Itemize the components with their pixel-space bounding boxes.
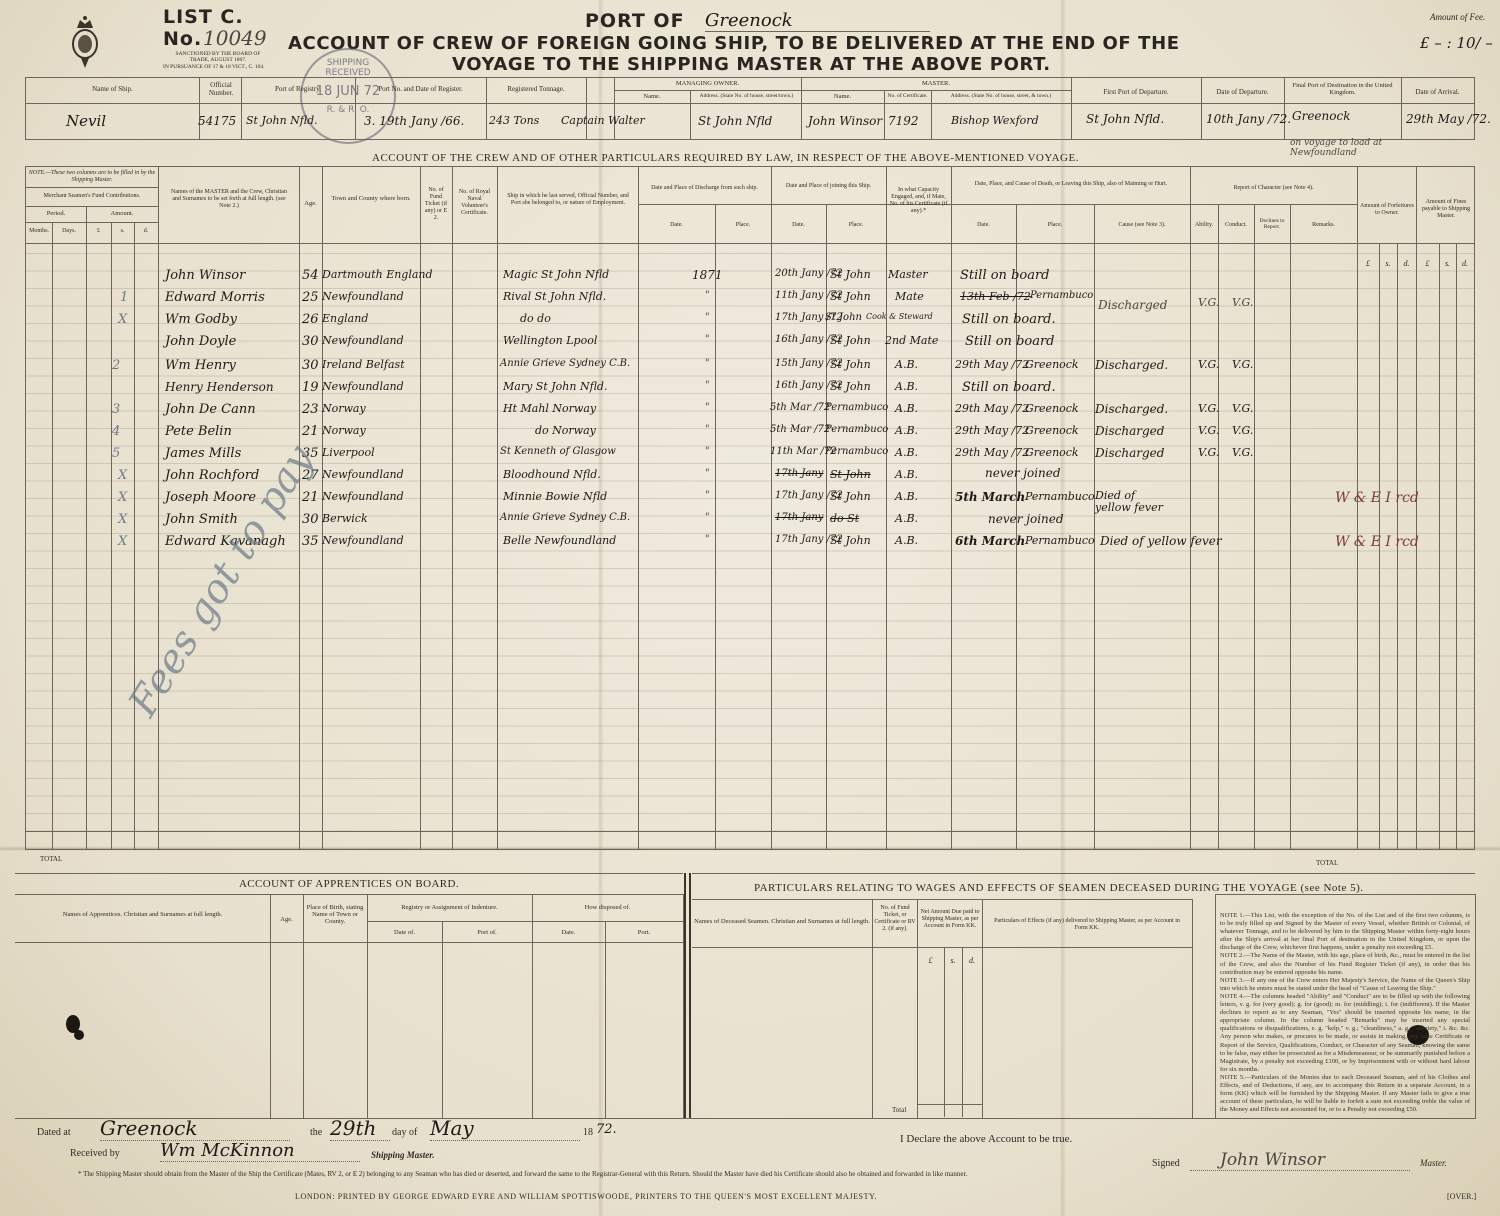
crew-leave-date: Still on board. <box>962 312 1056 327</box>
crew-row: John Doyle 30 Newfoundland Wellington Lp… <box>0 334 1500 354</box>
crew-cause: Discharged <box>1095 446 1164 460</box>
tonnage-value: 243 Tons <box>489 114 539 127</box>
shilling-header: s. <box>111 228 134 234</box>
row-mark: X <box>118 490 127 505</box>
crew-name: Pete Belin <box>165 424 232 439</box>
crew-capacity: A.B. <box>895 424 918 437</box>
fee-value: £ – : 10/ – <box>1420 34 1493 52</box>
ship-name-value: Nevil <box>66 112 106 130</box>
crew-joined-place: St John <box>830 380 871 393</box>
deceased-section: PARTICULARS RELATING TO WAGES AND EFFECT… <box>692 873 1475 1119</box>
deceased-names-header: Names of Deceased Seamen. Christian and … <box>692 918 872 925</box>
crew-section-title: ACCOUNT OF THE CREW AND OF OTHER PARTICU… <box>372 152 1079 164</box>
crew-joined-place: St John <box>830 534 871 547</box>
crew-remarks: W & E I rcd <box>1335 534 1419 550</box>
master-address-value: Bishop Wexford <box>951 114 1039 127</box>
crew-joined-date: 5th Mar /72 <box>770 402 830 413</box>
apprentice-names-header: Names of Apprentices. Christian and Surn… <box>15 911 270 918</box>
disposed-header: How disposed of. <box>532 904 683 911</box>
pence-header: d. <box>134 228 158 234</box>
crew-age: 21 <box>302 424 319 439</box>
col-town-header: Town and County where born. <box>331 195 411 202</box>
col-character-header: Report of Character (see Note 4). <box>1190 185 1357 191</box>
note-1: NOTE 1.—This List, with the exception of… <box>1220 912 1470 952</box>
death-date-header: Date. <box>951 222 1016 228</box>
owner-address-value: St John Nfld <box>698 114 772 128</box>
row-mark: 5 <box>112 446 120 461</box>
crew-name: Edward Morris <box>165 290 265 305</box>
crew-cause: Discharged <box>1095 424 1164 438</box>
crew-leave-place: Pernambuco <box>1025 534 1095 547</box>
crew-leave-place: Greenock <box>1025 402 1079 415</box>
col-discharge-header: Date and Place of Discharge from such sh… <box>638 185 771 191</box>
row-mark: X <box>118 312 127 327</box>
note-4: NOTE 4.—The columns headed "Ability" and… <box>1220 993 1470 1074</box>
fines-pence: d. <box>1456 259 1474 268</box>
fund-contributions-header: Merchant Seamen's Fund Contributions. <box>28 193 156 199</box>
section-divider <box>684 873 686 1118</box>
crew-leave-date: 29th May /72 <box>955 402 1029 415</box>
deceased-title: PARTICULARS RELATING TO WAGES AND EFFECT… <box>754 882 1364 894</box>
crew-capacity: A.B. <box>895 358 918 371</box>
disposed-port-header: Port. <box>605 929 683 936</box>
crew-name: John De Cann <box>165 402 256 417</box>
col-fines-header: Amount of Fines payable to Shipping Mast… <box>1418 199 1474 220</box>
death-cause-header: Cause (see Note 3). <box>1094 222 1190 228</box>
row-mark: 2 <box>112 358 120 373</box>
crew-cause: Discharged <box>1098 298 1167 312</box>
crew-age: 30 <box>302 358 319 373</box>
col-master-address: Address. (State No. of house, street, & … <box>931 93 1071 99</box>
forfeit-shilling: s. <box>1379 259 1397 268</box>
crew-last-ship: Ht Mahl Norway <box>503 402 596 415</box>
crew-born: Norway <box>322 402 366 415</box>
crew-leave-place: Greenock <box>1025 446 1079 459</box>
deceased-total-label: Total <box>892 1106 906 1114</box>
crew-name: Henry Henderson <box>165 380 274 394</box>
crew-joined-date: 17th Jany <box>775 468 823 479</box>
col-port-no-date: Port No. and Date of Register. <box>355 85 486 93</box>
crew-conduct: V.G. <box>1232 296 1253 309</box>
col-owner-name: Name. <box>614 93 690 100</box>
crew-row: 1 Edward Morris 25 Newfoundland Rival St… <box>0 290 1500 310</box>
crew-conduct: V.G. <box>1232 446 1253 459</box>
crew-name: John Winsor <box>165 268 245 283</box>
crew-capacity: A.B. <box>895 468 918 481</box>
crew-joined-place: St John <box>830 358 871 371</box>
period-header: Period. <box>26 210 86 217</box>
crew-name: John Rochford <box>165 468 259 483</box>
crew-leave-date: 5th March <box>955 490 1025 504</box>
row-mark: 3 <box>112 402 120 417</box>
total-label-right: TOTAL <box>1316 859 1338 867</box>
col-names-header: Names of the MASTER and the Crew, Christ… <box>166 189 292 210</box>
crew-age: 54 <box>302 268 319 283</box>
crew-born: Newfoundland <box>322 490 404 503</box>
crew-capacity: A.B. <box>895 380 918 393</box>
pursuance-text: IN PURSUANCE OF 17 & 18 VICT., C. 104. <box>163 64 265 70</box>
crew-born: Dartmouth England <box>322 268 433 281</box>
crew-row: 4 Pete Belin 21 Norway do Norway " 5th M… <box>0 424 1500 444</box>
col-master-certificate: No. of Certificate. <box>884 93 931 99</box>
crew-leave-date: 29th May /72 <box>955 358 1029 371</box>
day-value: 29th <box>330 1116 390 1141</box>
first-port-value: St John Nfld. <box>1086 112 1164 126</box>
crew-row: X Joseph Moore 21 Newfoundland Minnie Bo… <box>0 490 1500 510</box>
crew-leave-place: Greenock <box>1025 358 1079 371</box>
crew-joined-place: St John <box>830 290 871 303</box>
note-5: NOTE 5.—Particulars of the Monies due to… <box>1220 1074 1470 1114</box>
crew-cause: Died of yellow fever <box>1100 534 1222 548</box>
registry-header: Registry or Assignment of Indenture. <box>367 904 532 911</box>
dated-at-value: Greenock <box>100 1116 290 1141</box>
dated-at-label: Dated at <box>37 1127 71 1138</box>
note-3: NOTE 3.—If any one of the Crew enters He… <box>1220 977 1470 993</box>
crew-born: Newfoundland <box>322 334 404 347</box>
crew-born: Liverpool <box>322 446 375 459</box>
received-by-label: Received by <box>70 1148 120 1159</box>
arrival-date-value: 29th May /72. <box>1406 112 1491 126</box>
crew-joined-place: St John <box>825 312 862 323</box>
col-official-number: Official Number. <box>201 81 241 97</box>
received-by-value: Wm McKinnon <box>160 1140 360 1162</box>
crew-capacity: Mate <box>895 290 924 303</box>
col-final-port: Final Port of Destination in the United … <box>1286 82 1399 96</box>
crew-joined-place: Pernambuco <box>825 424 888 435</box>
declines-header: Declines to Report. <box>1255 218 1289 230</box>
crew-last-ship: Annie Grieve Sydney C.B. <box>500 512 630 523</box>
crew-leave-date: Still on board. <box>962 380 1056 395</box>
discharge-place-header: Place. <box>715 222 771 228</box>
apprentice-age-header: Age. <box>270 916 303 923</box>
crew-born: Berwick <box>322 512 368 525</box>
deceased-ticket-header: No. of Fund Ticket, or Certificate or RV… <box>874 905 916 933</box>
crew-last-ship: do do <box>520 312 551 325</box>
crew-discharge: " <box>705 424 710 435</box>
crew-joined-date: 5th Mar /72 <box>770 424 830 435</box>
crew-last-ship: do Norway <box>535 424 596 437</box>
crew-joined-place: St John <box>830 468 871 481</box>
notes-block: NOTE 1.—This List, with the exception of… <box>1220 912 1470 1114</box>
deceased-pound: £ <box>917 956 944 965</box>
crew-row: X Wm Godby 26 England do do " 17th Jany … <box>0 312 1500 332</box>
crew-ability: V.G. <box>1198 296 1219 309</box>
crew-remarks: W & E I rcd <box>1335 490 1419 506</box>
crew-row: X John Rochford 27 Newfoundland Bloodhou… <box>0 468 1500 488</box>
form-title-line2: VOYAGE TO THE SHIPPING MASTER AT THE ABO… <box>452 54 1051 75</box>
col-first-port: First Port of Departure. <box>1071 88 1201 96</box>
owner-name-value: Captain Walter <box>561 114 645 127</box>
col-age-header: Age. <box>299 200 322 207</box>
crew-joined-place: St John <box>830 490 871 503</box>
joining-date-header: Date. <box>771 222 826 228</box>
crew-leave-place: Pernambuco <box>1025 490 1095 503</box>
months-header: Months. <box>26 228 52 234</box>
col-death-header: Date, Place, and Cause of Death, or Leav… <box>966 181 1176 188</box>
crew-row: 3 John De Cann 23 Norway Ht Mahl Norway … <box>0 402 1500 422</box>
joining-place-header: Place. <box>826 222 886 228</box>
crew-discharge: " <box>705 446 710 457</box>
crew-leave-date: never joined <box>985 466 1061 480</box>
printer-line: LONDON: PRINTED BY GEORGE EDWARD EYRE AN… <box>295 1192 877 1201</box>
crew-discharge: " <box>705 312 710 323</box>
port-of-value: Greenock <box>705 10 930 32</box>
port-no-date-value: 3. 19th Jany /66. <box>364 114 464 128</box>
crew-age: 21 <box>302 490 319 505</box>
deceased-pence: d. <box>962 956 982 965</box>
over-label: [OVER.] <box>1447 1192 1476 1201</box>
year-value: 72. <box>596 1122 617 1137</box>
day-of-label: day of <box>392 1127 417 1138</box>
col-port-registry: Port of Registry. <box>241 85 355 93</box>
crew-capacity: A.B. <box>895 534 918 547</box>
crew-cause: Discharged. <box>1095 358 1168 372</box>
col-master-name: Name. <box>801 93 884 100</box>
crew-joined-place: St John <box>830 268 871 281</box>
deceased-shilling: s. <box>944 956 962 965</box>
forfeit-pence: d. <box>1397 259 1416 268</box>
crew-capacity: A.B. <box>895 512 918 525</box>
crew-last-ship: Bloodhound Nfld. <box>503 468 601 481</box>
crew-age: 35 <box>302 534 319 549</box>
crew-capacity: A.B. <box>895 402 918 415</box>
col-capacity-header: In what Capacity Engaged, and, if Mate, … <box>888 187 949 215</box>
final-port-note: on voyage to load at Newfoundland <box>1290 138 1400 158</box>
pound-header: £ <box>86 228 111 234</box>
crew-discharge: " <box>705 490 710 501</box>
crew-last-ship: Magic St John Nfld <box>503 268 609 281</box>
ship-info-table: Name of Ship. Official Number. Port of R… <box>25 77 1475 140</box>
official-number-value: 54175 <box>198 114 236 128</box>
apprentices-section: ACCOUNT OF APPRENTICES ON BOARD. Names o… <box>15 873 683 1119</box>
crew-discharge: " <box>705 334 710 345</box>
footnote: * The Shipping Master should obtain from… <box>78 1170 967 1178</box>
month-value: May <box>430 1116 580 1141</box>
crew-age: 26 <box>302 312 319 327</box>
crew-conduct: V.G. <box>1232 358 1253 371</box>
crew-name: John Doyle <box>165 334 236 349</box>
crew-ability: V.G. <box>1198 424 1219 437</box>
sanctioned-text: SANCTIONED BY THE BOARD OFTRADE, AUGUST … <box>163 51 273 63</box>
apprentice-birth-header: Place of Birth, stating Name of Town or … <box>305 904 365 925</box>
crew-name: John Smith <box>165 512 238 527</box>
crew-last-ship: Annie Grieve Sydney C.B. <box>500 358 630 369</box>
crew-discharge: 1871 <box>692 268 723 282</box>
row-mark: X <box>118 512 127 527</box>
forfeit-pound: £ <box>1357 259 1379 268</box>
crew-discharge: " <box>705 380 710 391</box>
crew-capacity: 2nd Mate <box>885 334 938 347</box>
crew-age: 19 <box>302 380 319 395</box>
crew-leave-date: 6th March <box>955 534 1025 548</box>
crew-capacity: Cook & Steward <box>866 312 933 321</box>
royal-crest-icon <box>70 14 100 70</box>
apprentices-title: ACCOUNT OF APPRENTICES ON BOARD. <box>15 878 683 890</box>
col-fund-ticket-header: No. of Fund Ticket (if any) or E 2. <box>422 187 450 222</box>
crew-capacity: Master <box>888 268 928 281</box>
section-divider <box>689 873 691 1118</box>
row-mark: X <box>118 534 127 549</box>
col-arrival-date: Date of Arrival. <box>1401 88 1474 96</box>
crew-ability: V.G. <box>1198 402 1219 415</box>
crew-born: Newfoundland <box>322 380 404 393</box>
crew-row: John Winsor 54 Dartmouth England Magic S… <box>0 268 1500 288</box>
crew-cause: Died of yellow fever <box>1095 490 1165 514</box>
crew-born: Ireland Belfast <box>322 358 405 371</box>
amount-header: Amount. <box>86 210 158 217</box>
crew-conduct: V.G. <box>1232 424 1253 437</box>
master-label: Master. <box>1420 1158 1447 1168</box>
list-number-prefix: No. <box>163 28 202 50</box>
crew-cause: Discharged. <box>1095 402 1168 416</box>
crew-born: Newfoundland <box>322 534 404 547</box>
list-number-value: 10049 <box>203 26 267 50</box>
the-label: the <box>310 1127 322 1138</box>
master-certificate-value: 7192 <box>888 114 919 128</box>
row-mark: 4 <box>112 424 120 439</box>
crew-joined-place: St John <box>830 334 871 347</box>
col-owner-address: Address. (State No. of house, street/tow… <box>692 93 801 99</box>
list-label: LIST C. <box>163 6 244 28</box>
crew-joined-place: Pernambuco <box>825 402 888 413</box>
final-port-value: Greenock <box>1292 109 1350 123</box>
crew-leave-date: 29th May /72 <box>955 446 1029 459</box>
crew-born: Newfoundland <box>322 290 404 303</box>
signed-label: Signed <box>1152 1158 1180 1169</box>
disposed-date-header: Date. <box>532 929 605 936</box>
crew-row: X John Smith 30 Berwick Annie Grieve Syd… <box>0 512 1500 532</box>
col-rnv-header: No. of Royal Naval Volunteer's Certifica… <box>454 189 495 217</box>
crew-age: 23 <box>302 402 319 417</box>
col-forfeitures-header: Amount of Forfeitures to Owner. <box>1359 203 1415 217</box>
row-mark: X <box>118 468 127 483</box>
declaration-text: I Declare the above Account to be true. <box>900 1133 1072 1145</box>
signed-value: John Winsor <box>1190 1150 1410 1171</box>
crew-ability: V.G. <box>1198 358 1219 371</box>
master-group: MASTER. <box>801 80 1071 87</box>
crew-leave-place: Greenock <box>1025 424 1079 437</box>
fines-pound: £ <box>1416 259 1439 268</box>
crew-discharge: " <box>705 358 710 369</box>
crew-joined-place: Pernambuco <box>825 446 888 457</box>
deceased-net-header: Net Amount Due paid to Shipping Master, … <box>919 909 981 930</box>
ability-header: Ability. <box>1190 222 1218 228</box>
crew-born: Newfoundland <box>322 468 404 481</box>
registry-date-header: Date of. <box>367 929 442 936</box>
col-joining-header: Date and Place of joining this Ship. <box>781 183 876 190</box>
crew-last-ship: Minnie Bowie Nfld <box>503 490 607 503</box>
crew-capacity: A.B. <box>895 446 918 459</box>
col-name-of-ship: Name of Ship. <box>26 85 199 93</box>
managing-owner-group: MANAGING OWNER. <box>614 80 801 87</box>
col-departure-date: Date of Departure. <box>1201 88 1284 96</box>
col-tonnage: Registered Tonnage. <box>486 85 586 93</box>
fines-shilling: s. <box>1439 259 1456 268</box>
crew-leave-date: 29th May /72 <box>955 424 1029 437</box>
crew-leave-place: Pernambuco <box>1030 290 1093 301</box>
form-title-line1: ACCOUNT OF CREW OF FOREIGN GOING SHIP, T… <box>288 33 1180 54</box>
crew-discharge: " <box>705 512 710 523</box>
crew-leave-date: Still on board <box>960 268 1050 283</box>
crew-name: James Mills <box>165 446 241 461</box>
registry-port-header: Port of. <box>442 929 532 936</box>
note-2: NOTE 2.—The Name of the Master, with his… <box>1220 952 1470 976</box>
crew-born: Norway <box>322 424 366 437</box>
crew-leave-date: never joined <box>988 512 1064 526</box>
row-mark: 1 <box>120 290 128 305</box>
crew-joined-date: 17th Jany <box>775 512 823 523</box>
crew-leave-date: 13th Feb /72 <box>960 290 1031 303</box>
crew-leave-date: Still on board <box>965 334 1055 349</box>
year-prefix: 18 <box>583 1127 593 1138</box>
crew-discharge: " <box>705 402 710 413</box>
port-registry-value: St John Nfld. <box>246 114 318 127</box>
crew-last-ship: St Kenneth of Glasgow <box>500 446 616 457</box>
shipping-master-label: Shipping Master. <box>371 1150 435 1160</box>
death-place-header: Place. <box>1016 222 1094 228</box>
crew-age: 30 <box>302 334 319 349</box>
departure-date-value: 10th Jany /72. <box>1206 112 1291 126</box>
ink-stain <box>74 1030 84 1040</box>
days-header: Days. <box>52 228 86 234</box>
crew-name: Wm Henry <box>165 358 236 373</box>
col-last-ship-header: Ship in which he last served, Official N… <box>502 193 634 207</box>
crew-discharge: " <box>705 290 710 301</box>
crew-name: Wm Godby <box>165 312 237 327</box>
crew-conduct: V.G. <box>1232 402 1253 415</box>
conduct-header: Conduct. <box>1218 222 1254 228</box>
crew-last-ship: Belle Newfoundland <box>503 534 616 547</box>
master-name-value: John Winsor <box>808 114 882 128</box>
crew-row: 5 James Mills 35 Liverpool St Kenneth of… <box>0 446 1500 466</box>
crew-capacity: A.B. <box>895 490 918 503</box>
discharge-date-header: Date. <box>638 222 715 228</box>
crew-row: Henry Henderson 19 Newfoundland Mary St … <box>0 380 1500 400</box>
deceased-effects-header: Particulars of Effects (if any) delivere… <box>992 918 1182 932</box>
crew-joined-place: do St <box>830 512 859 525</box>
crew-discharge: " <box>705 468 710 479</box>
crew-last-ship: Mary St John Nfld. <box>503 380 607 393</box>
total-label-left: TOTAL <box>40 855 62 863</box>
port-of-label: PORT OF <box>585 10 685 32</box>
crew-born: England <box>322 312 368 325</box>
crew-discharge: " <box>705 534 710 545</box>
crew-ability: V.G. <box>1198 446 1219 459</box>
fee-label: Amount of Fee. <box>1430 12 1485 22</box>
crew-row: 2 Wm Henry 30 Ireland Belfast Annie Grie… <box>0 358 1500 378</box>
remarks-header: Remarks. <box>1290 222 1357 228</box>
crew-age: 25 <box>302 290 319 305</box>
crew-age: 30 <box>302 512 319 527</box>
crew-last-ship: Wellington Lpool <box>503 334 597 347</box>
fund-note-header: NOTE.—These two columns are to be filled… <box>28 170 156 184</box>
crew-last-ship: Rival St John Nfld. <box>503 290 606 303</box>
